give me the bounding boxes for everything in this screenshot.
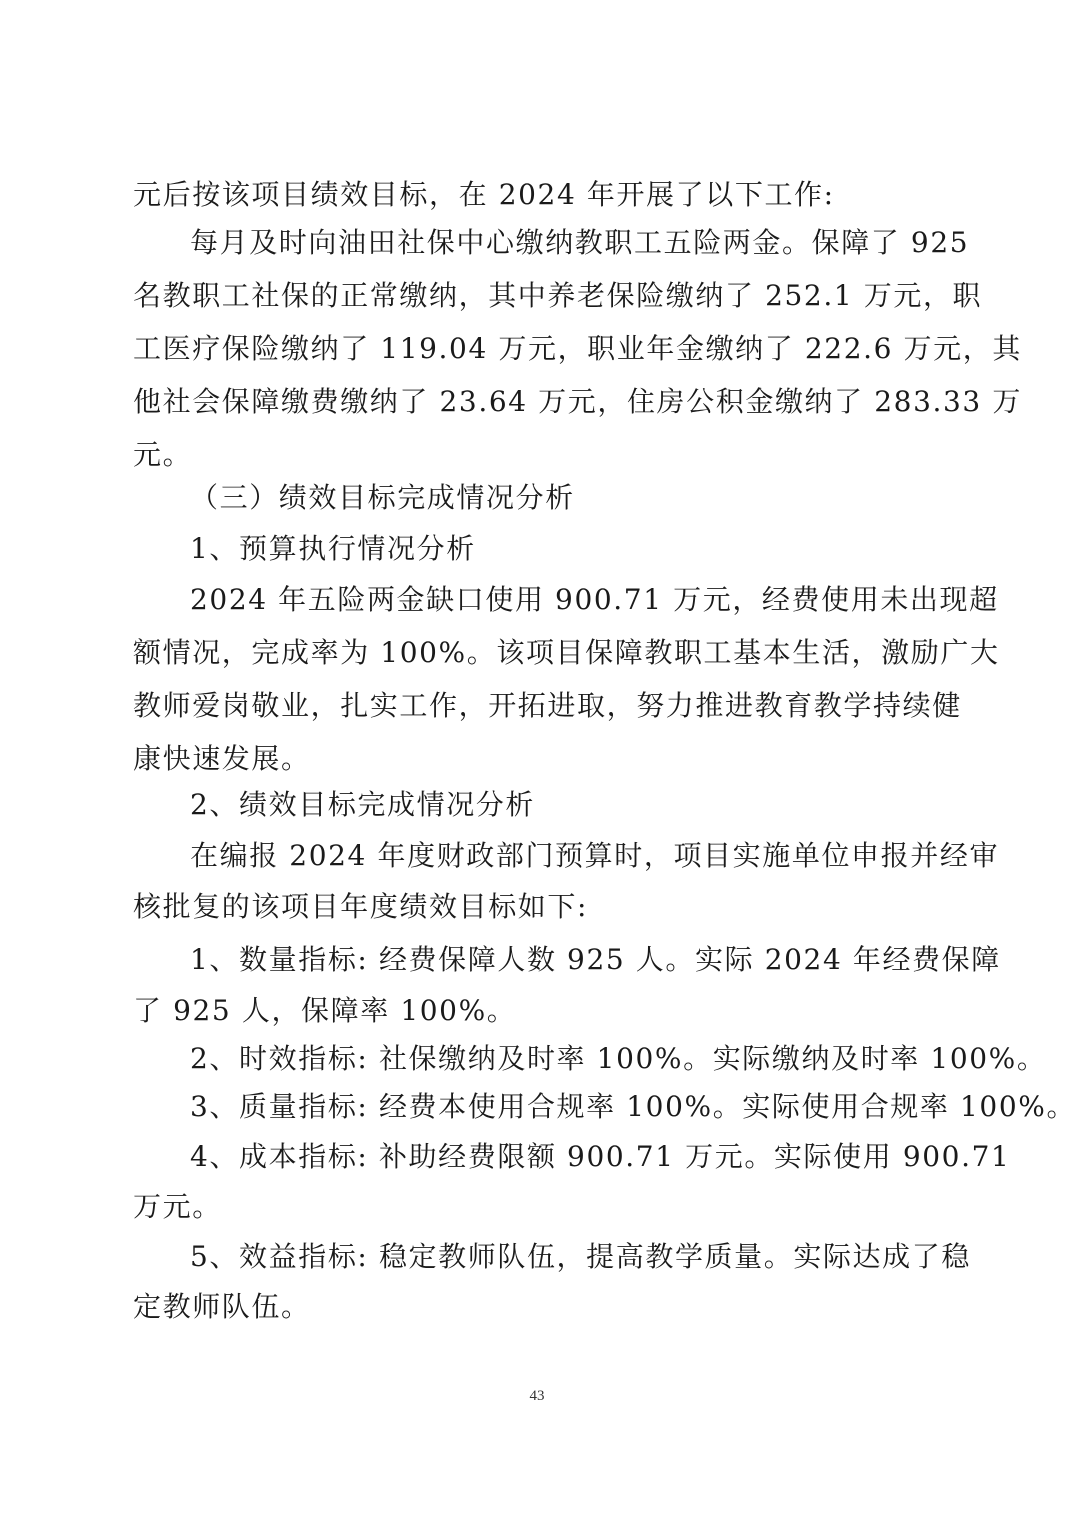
text-line: 他社会保障缴费缴纳了 23.64 万元，住房公积金缴纳了 283.33 万	[133, 375, 943, 428]
text-line: 额情况，完成率为 100%。该项目保障教职工基本生活，激励广大	[133, 626, 943, 679]
text-line: 万元。	[133, 1180, 943, 1233]
text-line: 核批复的该项目年度绩效目标如下:	[133, 880, 943, 933]
indicator-line: 1、数量指标: 经费保障人数 925 人。实际 2024 年经费保障	[190, 933, 943, 986]
page-number: 43	[0, 1388, 1074, 1405]
indicator-line: 2、时效指标: 社保缴纳及时率 100%。实际缴纳及时率 100%。	[190, 1032, 943, 1085]
text-line: 名教职工社保的正常缴纳，其中养老保险缴纳了 252.1 万元，职	[133, 269, 943, 322]
subsection-heading: 2、绩效目标完成情况分析	[190, 778, 943, 831]
text-line: 在编报 2024 年度财政部门预算时，项目实施单位申报并经审	[190, 829, 943, 882]
text-line: 了 925 人，保障率 100%。	[133, 984, 943, 1037]
text-line: 定教师队伍。	[133, 1280, 943, 1333]
subsection-heading: 1、预算执行情况分析	[190, 522, 943, 575]
indicator-line: 5、效益指标: 稳定教师队伍，提高教学质量。实际达成了稳	[190, 1230, 943, 1283]
text-line: 2024 年五险两金缺口使用 900.71 万元，经费使用未出现超	[190, 573, 943, 626]
text-line: 教师爱岗敬业，扎实工作，开拓进取，努力推进教育教学持续健	[133, 679, 943, 732]
section-heading: （三）绩效目标完成情况分析	[190, 471, 943, 524]
indicator-line: 4、成本指标: 补助经费限额 900.71 万元。实际使用 900.71	[190, 1130, 943, 1183]
text-line: 每月及时向油田社保中心缴纳教职工五险两金。保障了 925	[190, 216, 943, 269]
indicator-line: 3、质量指标: 经费本使用合规率 100%。实际使用合规率 100%。	[190, 1080, 943, 1133]
text-line: 工医疗保险缴纳了 119.04 万元，职业年金缴纳了 222.6 万元，其	[133, 322, 943, 375]
text-line: 元后按该项目绩效目标，在 2024 年开展了以下工作:	[133, 168, 943, 221]
document-page: 元后按该项目绩效目标，在 2024 年开展了以下工作: 每月及时向油田社保中心缴…	[0, 0, 1074, 1520]
